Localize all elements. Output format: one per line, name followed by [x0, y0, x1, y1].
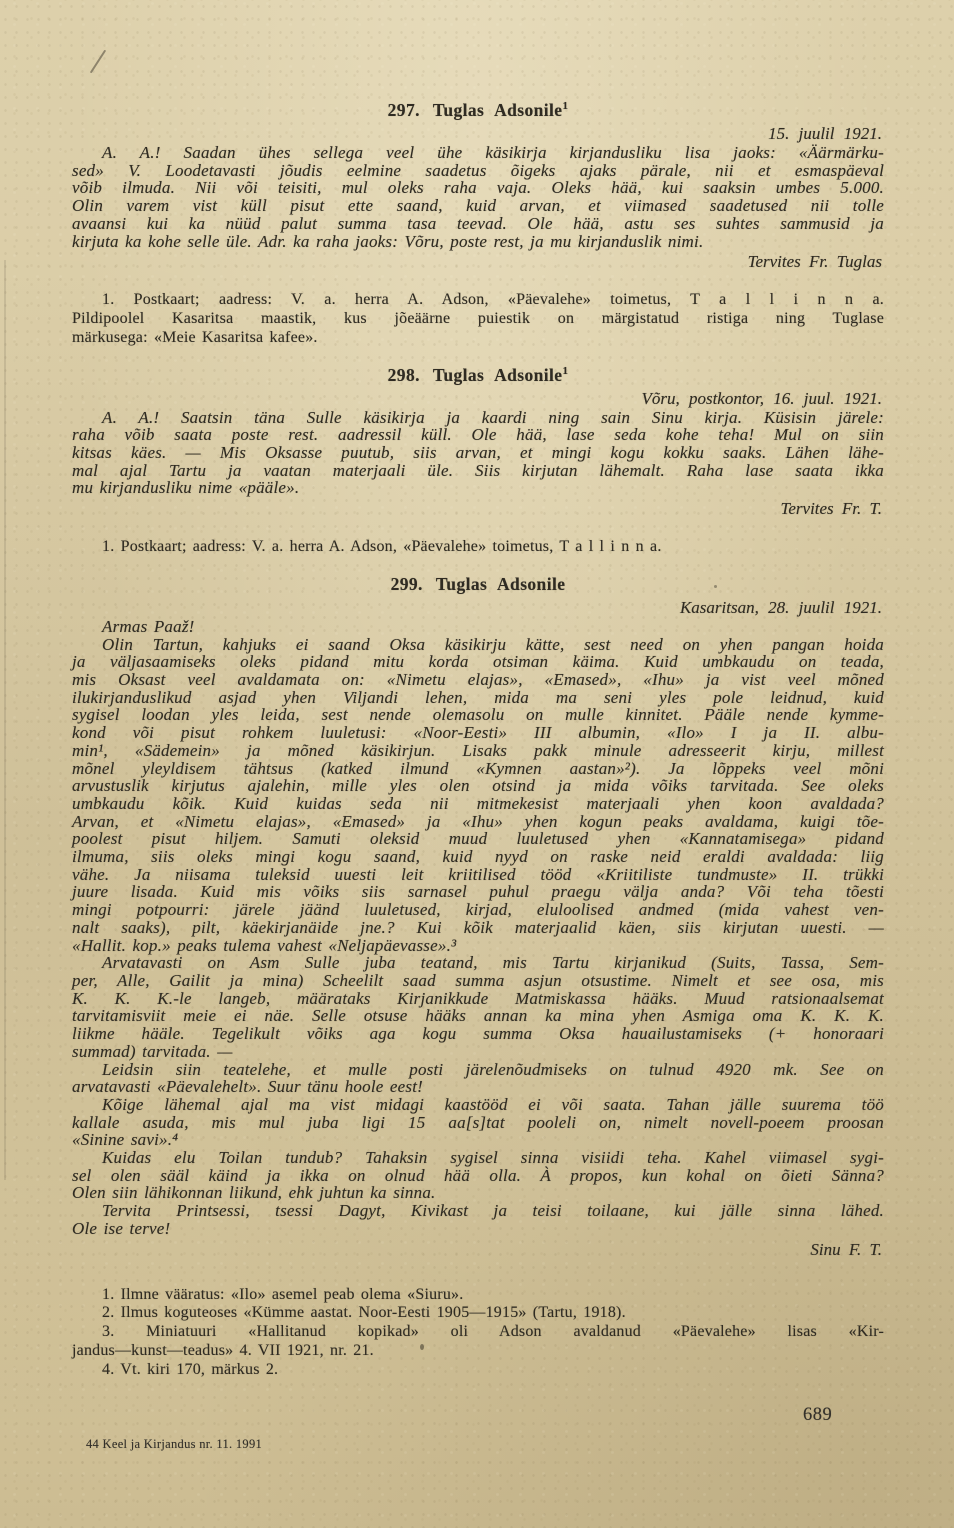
letter-text-line: nalt saaks), pilt, käekirjanäide jne.? K…: [72, 919, 884, 937]
letter-text-line: A. A.! Saatsin täna Sulle käsikirja ja k…: [72, 409, 884, 427]
letter-298: 298.Tuglas Adsonile1Võru, postkontor, 16…: [72, 365, 884, 557]
letter-text-line: arvustuslik kirjutus ajalehin, mille yle…: [72, 777, 884, 795]
letter-text-line: Olin varem vist küll pisut ette saand, k…: [72, 197, 884, 215]
paragraph: 3. Miniatuuri «Hallitanud kopikad» oli A…: [72, 1323, 884, 1361]
letter-heading: 298.Tuglas Adsonile1: [72, 365, 884, 385]
paragraph: A. A.! Saadan ühes sellega veel ühe käsi…: [72, 144, 884, 250]
letter-text-line: Armas Paaž!: [72, 618, 884, 636]
letter-text-line: mu kirjandusliku nime «pääle».: [72, 479, 884, 497]
paragraph: Armas Paaž!: [72, 618, 884, 636]
letter-number: 299.: [391, 574, 423, 594]
letter-signature: Tervites Fr. T.: [72, 500, 884, 518]
letter-body: Armas Paaž!Olin Tartun, kahjuks ei saand…: [72, 618, 884, 1238]
letter-text-line: mõnel yleyldisem tähtsus (katked ilmund …: [72, 760, 884, 778]
note-line: 1. Postkaart; aadress: V. a. herra A. Ad…: [72, 291, 884, 310]
paragraph: 2. Ilmus koguteoses «Kümme aastat. Noor-…: [72, 1304, 884, 1323]
letter-297: 297.Tuglas Adsonile115. juulil 1921.A. A…: [72, 100, 884, 348]
paragraph: Kõige lähemal ajal ma vist midagi kaastö…: [72, 1096, 884, 1149]
note-line: Pildipoolel Kasaritsa maastik, kus jõeää…: [72, 310, 884, 329]
letter-title: Tuglas Adsonile: [436, 574, 566, 594]
letter-text-line: raha võib saata poste rest. aadressil kü…: [72, 426, 884, 444]
letter-text-line: ilukirjanduslikud asjad yhen Viljandi le…: [72, 689, 884, 707]
letter-number: 298.: [388, 365, 420, 385]
letter-text-line: kitsas käes. — Mis Oksasse puutub, siis …: [72, 444, 884, 462]
letter-text-line: mis Oksast veel avaldamata on: «Nimetu e…: [72, 671, 884, 689]
letter-notes: 1. Postkaart; aadress: V. a. herra A. Ad…: [72, 538, 884, 557]
letter-number: 297.: [388, 100, 420, 120]
letter-text-line: «Sinine savi».⁴: [72, 1131, 884, 1149]
footnote-line: 2. Ilmus koguteoses «Kümme aastat. Noor-…: [72, 1304, 884, 1323]
letter-body: A. A.! Saatsin täna Sulle käsikirja ja k…: [72, 409, 884, 498]
letter-text-line: Kuidas elu Toilan tundub? Tahaksin sygis…: [72, 1149, 884, 1167]
footnote-line: 1. Ilmne vääratus: «Ilo» asemel peab ole…: [72, 1286, 884, 1305]
letter-date: Kasaritsan, 28. juulil 1921.: [72, 599, 884, 617]
letter-text-line: Olin Tartun, kahjuks ei saand Oksa käsik…: [72, 636, 884, 654]
letter-text-line: per, Alle, Gailit ja mina) Scheelilt saa…: [72, 972, 884, 990]
page-number: 689: [803, 1405, 832, 1426]
letter-heading: 297.Tuglas Adsonile1: [72, 100, 884, 120]
letter-signature: Sinu F. T.: [72, 1241, 884, 1259]
letter-date: Võru, postkontor, 16. juul. 1921.: [72, 390, 884, 408]
letter-text-line: «Hallit. kop.» peaks tulema vahest «Nelj…: [72, 937, 884, 955]
letter-text-line: sygisel loodan yles leida, sest nende ol…: [72, 706, 884, 724]
scan-edge-line: [4, 260, 6, 1180]
letter-text-line: arvatavasti «Päevalehelt». Suur tänu hoo…: [72, 1078, 884, 1096]
footnote-marker: 1: [562, 365, 568, 377]
footnote-marker: 1: [562, 100, 568, 112]
letter-text-line: sel olen sääl käind ja ikka on olnud hää…: [72, 1167, 884, 1185]
letter-text-line: avaansi kui ka nüüd palut summa tasa tee…: [72, 215, 884, 233]
letter-text-line: K. K. K.-le langeb, määrataks Kirjanikku…: [72, 990, 884, 1008]
journal-footer: 44 Keel ja Kirjandus nr. 11. 1991: [86, 1437, 262, 1452]
paragraph: Tervita Printsessi, tsessi Dagyt, Kivika…: [72, 1202, 884, 1237]
note-line: 1. Postkaart; aadress: V. a. herra A. Ad…: [72, 538, 884, 557]
letter-text-line: ilmuma, siis oleks mingi kogu saand, kui…: [72, 848, 884, 866]
letter-title: Tuglas Adsonile: [433, 365, 563, 385]
letter-text-line: tarvitamisviit meie ei näe. Selle otsuse…: [72, 1007, 884, 1025]
letter-text-line: vähe. Ja niisama tuleksid uuesti leit kr…: [72, 866, 884, 884]
paragraph: Olin Tartun, kahjuks ei saand Oksa käsik…: [72, 636, 884, 955]
letter-text-line: kirjuta ka kohe selle üle. Adr. ka raha …: [72, 233, 884, 251]
letter-text-line: kond või pisut rohkem luuletusi: «Noor-E…: [72, 724, 884, 742]
letter-text-line: liikme hääle. Tegelikult võiks aga kogu …: [72, 1025, 884, 1043]
letter-text-line: Tervita Printsessi, tsessi Dagyt, Kivika…: [72, 1202, 884, 1220]
footnote-line: 3. Miniatuuri «Hallitanud kopikad» oli A…: [72, 1323, 884, 1342]
letter-text-line: umbkaudu kõik. Kuid kuidas seda nii mitm…: [72, 795, 884, 813]
letter-text-line: juure lisada. Kuid mis võiks siis sarnas…: [72, 883, 884, 901]
letter-text-line: Olen siin lähikonnan liikund, ehk juhtun…: [72, 1184, 884, 1202]
note-line: märkusega: «Meie Kasaritsa kafee».: [72, 329, 884, 348]
letter-title: Tuglas Adsonile: [433, 100, 563, 120]
letter-text-line: Kõige lähemal ajal ma vist midagi kaastö…: [72, 1096, 884, 1114]
letter-text-line: kallale asuda, mis mul juba ligi 15 aa[s…: [72, 1114, 884, 1132]
footnote-line: jandus—kunst—teadus» 4. VII 1921, nr. 21…: [72, 1342, 884, 1361]
letter-text-line: mingi potpourri: järele jäänd luuletused…: [72, 901, 884, 919]
paragraph: Kuidas elu Toilan tundub? Tahaksin sygis…: [72, 1149, 884, 1202]
letter-body: A. A.! Saadan ühes sellega veel ühe käsi…: [72, 144, 884, 250]
letter-heading: 299.Tuglas Adsonile: [72, 574, 884, 594]
scanned-journal-page: 297.Tuglas Adsonile115. juulil 1921.A. A…: [0, 0, 954, 1528]
letter-text-line: mal ajal Tartu ja vaatan materjaali üle.…: [72, 462, 884, 480]
letter-text-line: Arvatavasti on Asm Sulle juba teatand, m…: [72, 954, 884, 972]
letter-text-line: summad) tarvitada. —: [72, 1043, 884, 1061]
letter-text-line: võib ilmuda. Nii või teisiti, mul oleks …: [72, 179, 884, 197]
letter-text-line: Ole ise terve!: [72, 1220, 884, 1238]
letter-notes: 1. Postkaart; aadress: V. a. herra A. Ad…: [72, 291, 884, 347]
letter-text-line: min¹, «Sädemein» ja mõned käsikirjun. Li…: [72, 742, 884, 760]
letter-text-line: A. A.! Saadan ühes sellega veel ühe käsi…: [72, 144, 884, 162]
letter-text-line: Arvan, et «Nimetu elajas», «Emased» ja «…: [72, 813, 884, 831]
paragraph: A. A.! Saatsin täna Sulle käsikirja ja k…: [72, 409, 884, 498]
letter-text-line: poolest pisut hiljem. Samuti oleksid muu…: [72, 830, 884, 848]
letter-text-line: ja väljasaamiseks oleks pidand mitu kord…: [72, 653, 884, 671]
paragraph: 4. Vt. kiri 170, märkus 2.: [72, 1361, 884, 1380]
letter-299: 299.Tuglas AdsonileKasaritsan, 28. juuli…: [72, 574, 884, 1259]
ink-smudge: [90, 50, 106, 74]
letter-signature: Tervites Fr. Tuglas: [72, 253, 884, 271]
letters-container: 297.Tuglas Adsonile115. juulil 1921.A. A…: [72, 100, 884, 1259]
paragraph: Leidsin siin teatelehe, et mulle posti j…: [72, 1061, 884, 1096]
letter-text-line: sed» V. Loodetavasti jõudis eelmine saad…: [72, 162, 884, 180]
paragraph: 1. Postkaart; aadress: V. a. herra A. Ad…: [72, 291, 884, 347]
letter-date: 15. juulil 1921.: [72, 125, 884, 143]
letter-text-line: Leidsin siin teatelehe, et mulle posti j…: [72, 1061, 884, 1079]
paragraph: 1. Postkaart; aadress: V. a. herra A. Ad…: [72, 538, 884, 557]
paragraph: 1. Ilmne vääratus: «Ilo» asemel peab ole…: [72, 1286, 884, 1305]
text-block: 297.Tuglas Adsonile115. juulil 1921.A. A…: [72, 100, 884, 1380]
footnote-line: 4. Vt. kiri 170, märkus 2.: [72, 1361, 884, 1380]
footnotes-section: 1. Ilmne vääratus: «Ilo» asemel peab ole…: [72, 1286, 884, 1380]
paragraph: Arvatavasti on Asm Sulle juba teatand, m…: [72, 954, 884, 1060]
